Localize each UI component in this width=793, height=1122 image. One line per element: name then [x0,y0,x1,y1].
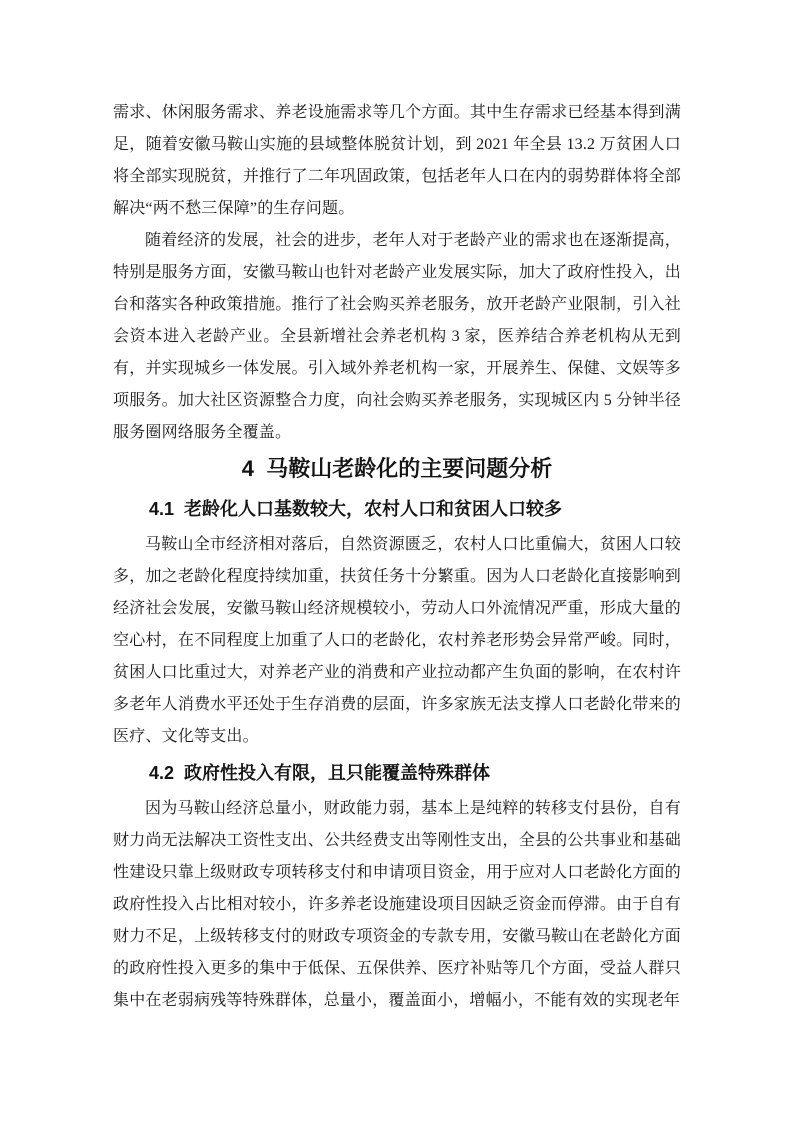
section-paragraph-4-1: 马鞍山全市经济相对落后，自然资源匮乏，农村人口比重偏大，贫困人口较多，加之老龄化… [113,529,681,753]
section-paragraph-4-2: 因为马鞍山经济总量小，财政能力弱，基本上是纯粹的转移支付县份，自有财力尚无法解决… [113,793,681,1017]
paragraph-policy-measures: 随着经济的发展，社会的进步，老年人对于老龄产业的需求也在逐渐提高，特别是服务方面… [113,225,681,449]
chapter-heading: 4 马鞍山老龄化的主要问题分析 [113,449,681,489]
page-content: 需求、休闲服务需求、养老设施需求等几个方面。其中生存需求已经基本得到满足，随着安… [0,0,793,1017]
paragraph-elderly-needs-continued: 需求、休闲服务需求、养老设施需求等几个方面。其中生存需求已经基本得到满足，随着安… [113,97,681,225]
section-heading-4-1: 4.1 老龄化人口基数较大，农村人口和贫困人口较多 [113,489,681,529]
document-page: 需求、休闲服务需求、养老设施需求等几个方面。其中生存需求已经基本得到满足，随着安… [0,0,793,1122]
section-heading-4-2: 4.2 政府性投入有限，且只能覆盖特殊群体 [113,753,681,793]
